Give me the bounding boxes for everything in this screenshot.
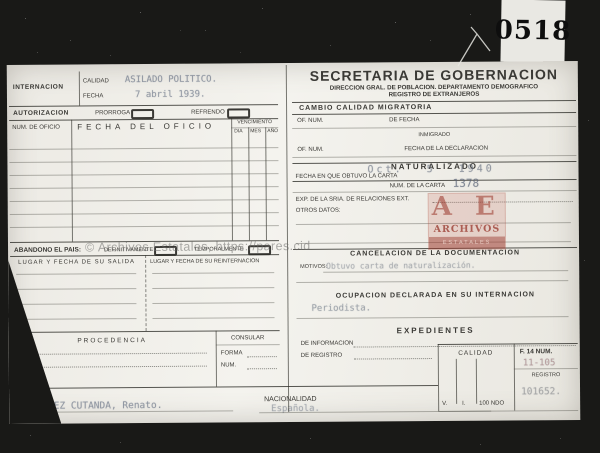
rule bbox=[296, 280, 568, 283]
rule bbox=[16, 288, 136, 290]
rule bbox=[438, 410, 578, 412]
refrendo-label: REFRENDO bbox=[191, 109, 225, 116]
rule bbox=[292, 155, 576, 158]
rule bbox=[71, 120, 73, 242]
rule bbox=[16, 385, 438, 389]
expedientes-title: EXPEDIENTES bbox=[294, 326, 578, 337]
rule bbox=[456, 359, 457, 404]
mes-header: MES bbox=[250, 129, 261, 135]
cancelacion-title: CANCELACION DE LA DOCUMENTACION bbox=[293, 249, 577, 259]
rule bbox=[19, 353, 207, 355]
fecha-oficio-header: FECHA DEL OFICIO bbox=[77, 123, 215, 133]
num-oficio-header: NUM. DE OFICIO bbox=[12, 125, 60, 132]
num-carta-label: NUM. DE LA CARTA bbox=[390, 183, 446, 190]
pen-arrow-icon bbox=[450, 24, 510, 68]
rule bbox=[248, 127, 250, 240]
agency-title: SECRETARIA DE GOBERNACION bbox=[292, 67, 576, 84]
dia-header: DIA bbox=[234, 129, 242, 135]
motivos-label: MOTIVOS: bbox=[300, 264, 327, 270]
code-n: 100 NDO bbox=[479, 401, 504, 408]
rule bbox=[216, 344, 280, 345]
vencimiento-header: VENCIMIENTO bbox=[231, 120, 278, 126]
rule bbox=[11, 330, 280, 333]
of-num1-label: OF. NUM. bbox=[297, 118, 323, 125]
rule bbox=[514, 368, 578, 369]
rule bbox=[79, 71, 80, 105]
ae-initials: A E bbox=[429, 192, 505, 223]
rule bbox=[152, 302, 274, 304]
rule bbox=[231, 118, 233, 240]
rule bbox=[16, 273, 136, 275]
nacionalidad-label: NACIONALIDAD bbox=[264, 396, 317, 404]
exp-sria-label: EXP. DE LA SRIA. DE RELACIONES EXT. bbox=[296, 196, 410, 203]
rule bbox=[354, 358, 432, 360]
archivos-estatales-watermark: A E ARCHIVOS ESTATALES bbox=[428, 193, 506, 251]
code-v: V. bbox=[442, 401, 447, 408]
refrendo-checkbox bbox=[227, 108, 250, 118]
code-i: I. bbox=[462, 401, 465, 408]
agency-subtitle2: REGISTRO DE EXTRANJEROS bbox=[292, 91, 576, 100]
rule bbox=[152, 287, 274, 289]
rule bbox=[9, 160, 278, 163]
num-carta-value: 1378 bbox=[453, 177, 480, 190]
film-grain bbox=[0, 0, 1, 1]
of-num2-label: OF. NUM. bbox=[297, 147, 323, 154]
prorroga-checkbox bbox=[131, 109, 154, 119]
forma-num-label: NUM. bbox=[221, 362, 236, 369]
de-fecha-label: DE FECHA bbox=[389, 117, 419, 124]
reinternacion-label: LUGAR Y FECHA DE SU REINTERNACION bbox=[150, 258, 259, 265]
salida-label: LUGAR Y FECHA DE SU SALIDA bbox=[18, 259, 135, 266]
rule bbox=[10, 225, 279, 228]
rule bbox=[292, 126, 576, 129]
de-informacion-label: DE INFORMACION bbox=[301, 341, 354, 348]
rule bbox=[152, 272, 274, 274]
rule bbox=[153, 317, 275, 319]
rule bbox=[9, 104, 278, 107]
rule bbox=[16, 303, 136, 305]
rule bbox=[10, 186, 279, 189]
rule bbox=[10, 173, 279, 176]
internacion-label: INTERNACION bbox=[13, 84, 64, 91]
microfilm-frame: 0518 INTERNACION CALIDAD ASILADO POLITIC… bbox=[0, 0, 600, 453]
otros-datos-label: OTROS DATOS: bbox=[296, 208, 341, 215]
rule bbox=[247, 356, 277, 357]
fecha-carta-value: Oct. 5 1940 bbox=[367, 164, 494, 176]
ocupacion-value: Periodista. bbox=[311, 303, 371, 313]
calidad-box-label: CALIDAD bbox=[438, 349, 514, 357]
rule bbox=[10, 199, 279, 202]
registro-value: 101652. bbox=[521, 386, 561, 397]
inmigrado-label: INMIGRADO bbox=[292, 131, 576, 139]
fecha-declaracion-label: FECHA DE LA DECLARACION bbox=[404, 146, 488, 153]
f14-label: F. 14 NUM. bbox=[520, 348, 553, 355]
de-registro-label: DE REGISTRO bbox=[301, 353, 342, 360]
autorizacion-label: AUTORIZACION bbox=[13, 110, 69, 118]
abandono-label: ABANDONO EL PAIS: bbox=[14, 246, 81, 254]
frame-counter-strip: 0518 bbox=[500, 0, 565, 63]
ano-header: AÑO bbox=[267, 129, 278, 135]
rule bbox=[354, 345, 576, 348]
registration-card: INTERNACION CALIDAD ASILADO POLITICO. FE… bbox=[7, 61, 580, 424]
rule bbox=[17, 318, 137, 320]
fecha-label: FECHA bbox=[83, 93, 103, 100]
motivos-value: Obtuvo carta de naturalización. bbox=[326, 261, 475, 271]
rule bbox=[297, 316, 569, 319]
rule bbox=[9, 147, 278, 150]
f14-value: 11-105 bbox=[523, 358, 556, 368]
calidad-value: ASILADO POLITICO. bbox=[125, 75, 217, 86]
ae-band: ESTATALES bbox=[429, 237, 505, 250]
rule bbox=[145, 255, 147, 331]
rule bbox=[292, 112, 576, 115]
calidad-label: CALIDAD bbox=[83, 78, 109, 85]
ocupacion-title: OCUPACION DECLARADA EN SU INTERNACION bbox=[293, 291, 577, 301]
rule bbox=[476, 359, 477, 404]
fecha-value: 7 abril 1939. bbox=[135, 90, 206, 100]
cambio-title: CAMBIO CALIDAD MIGRATORIA bbox=[299, 104, 432, 113]
rule bbox=[19, 366, 207, 368]
ae-estatales-text: ESTATALES bbox=[443, 240, 492, 246]
rule bbox=[10, 212, 279, 215]
forma-label: FORMA bbox=[221, 350, 243, 357]
rule bbox=[265, 127, 267, 240]
rule bbox=[247, 368, 277, 369]
rule bbox=[292, 100, 576, 103]
consular-label: CONSULAR bbox=[216, 335, 280, 342]
copyright-watermark: © Archivos Estatales, https://pares.cid bbox=[85, 239, 311, 255]
registro-label: REGISTRO bbox=[514, 372, 578, 378]
ae-archivos-text: ARCHIVOS bbox=[429, 224, 505, 236]
prorroga-label: PRORROGA bbox=[95, 110, 130, 117]
procedencia-label: PROCEDENCIA bbox=[9, 337, 216, 346]
